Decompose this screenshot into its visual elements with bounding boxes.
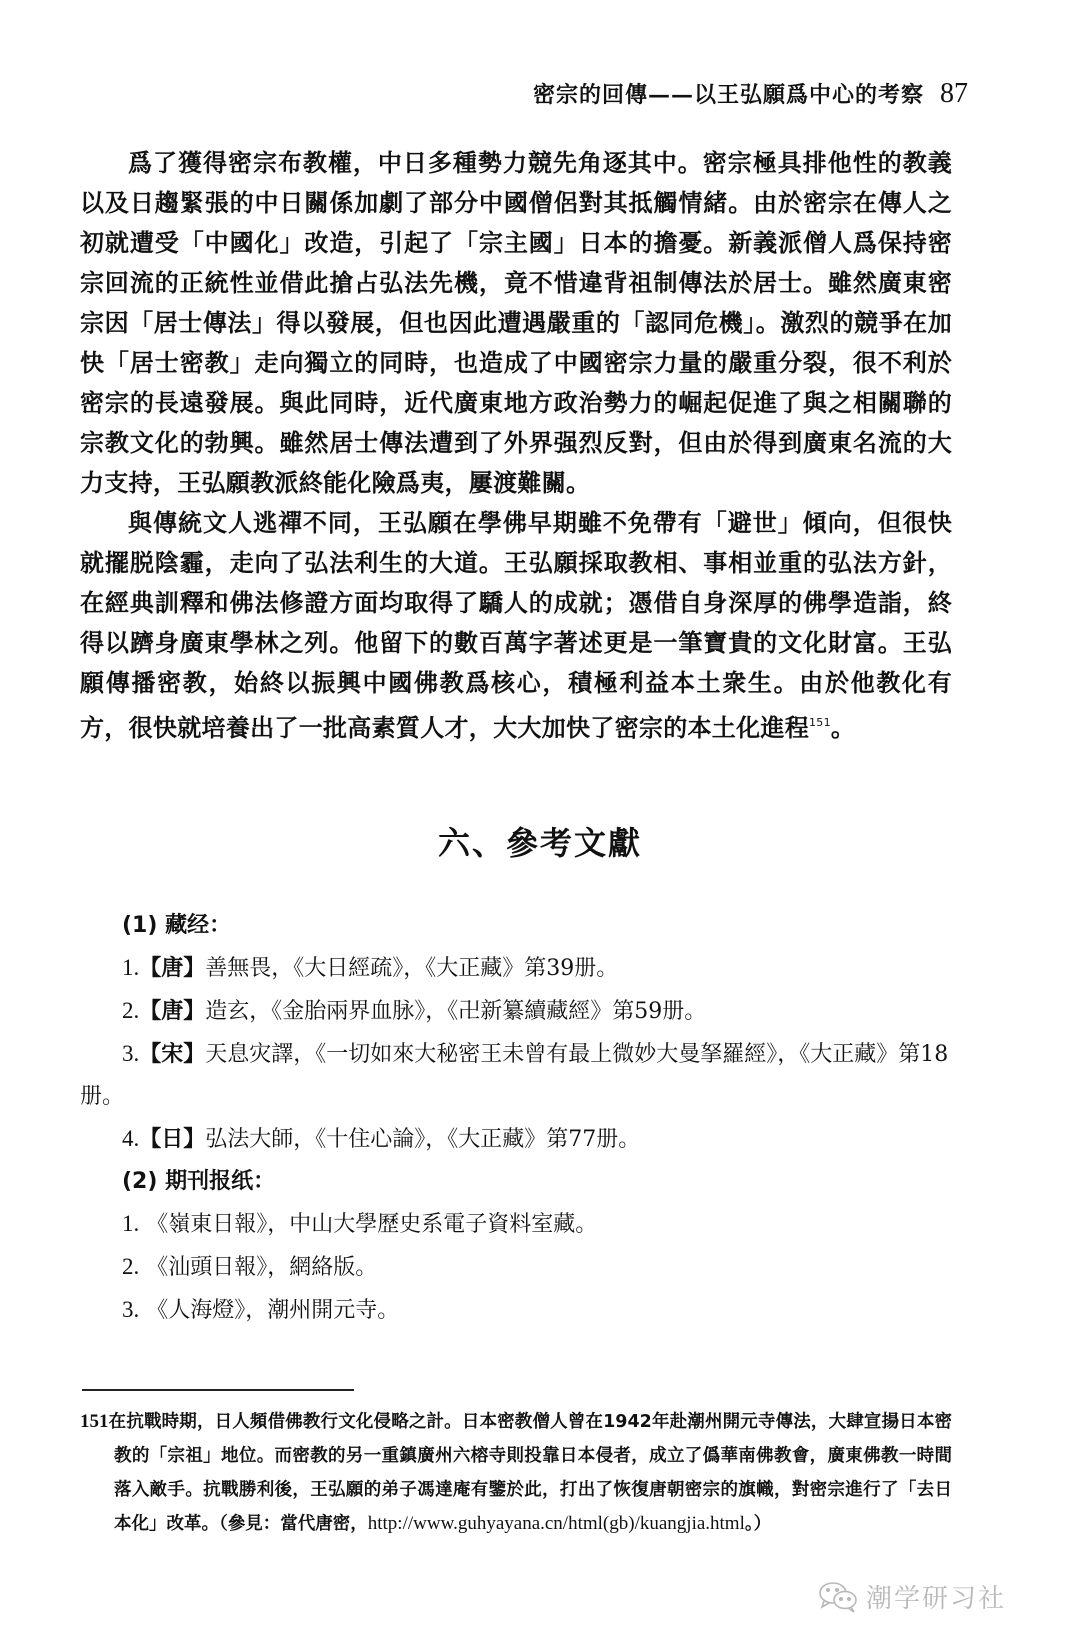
footnote-body: 151在抗戰時期，日人頻借佛教行文化侵略之計。日本密教僧人曾在1942年赴潮州開…: [80, 1405, 952, 1541]
reference-item: 1.【唐】善無畏，《大日經疏》，《大正藏》第39册。: [80, 947, 952, 990]
document-page: 密宗的回傳——以王弘願爲中心的考察87 爲了獲得密宗布教權，中日多種勢力競先角逐…: [0, 0, 1080, 1632]
reference-item: 1. 《嶺東日報》，中山大學歷史系電子資料室藏。: [80, 1203, 952, 1246]
footnote-url[interactable]: http://www.guhyayana.cn/html(gb)/kuangji…: [368, 1513, 745, 1534]
running-title: 密宗的回傳——以王弘願爲中心的考察: [533, 82, 924, 108]
paragraph-2: 與傳統文人逃禪不同，王弘願在學佛早期雖不免帶有「避世」傾向，但很快就擺脱陰霾，走…: [80, 503, 952, 748]
footnote-reference[interactable]: 151: [809, 716, 831, 729]
reference-item: 4.【日】弘法大師，《十住心論》，《大正藏》第77册。: [80, 1118, 952, 1161]
page-number: 87: [940, 78, 968, 109]
footnote-number: 151: [80, 1411, 109, 1432]
reference-group-heading: (2) 期刊报纸：: [80, 1161, 952, 1203]
reference-group-heading: (1) 藏经：: [80, 905, 952, 947]
reference-list: (1) 藏经： 1.【唐】善無畏，《大日經疏》，《大正藏》第39册。 2.【唐】…: [80, 905, 952, 1332]
running-header: 密宗的回傳——以王弘願爲中心的考察87: [533, 78, 968, 110]
paragraph-1: 爲了獲得密宗布教權，中日多種勢力競先角逐其中。密宗極具排他性的教義以及日趨緊張的…: [80, 143, 952, 503]
body-text: 爲了獲得密宗布教權，中日多種勢力競先角逐其中。密宗極具排他性的教義以及日趨緊張的…: [80, 143, 952, 748]
watermark-text: 潮学研习社: [866, 1578, 1006, 1615]
watermark: 潮学研习社: [818, 1578, 1006, 1615]
reference-item: 3. 《人海燈》，潮州開元寺。: [80, 1289, 952, 1332]
paragraph-2-end: 。: [831, 714, 855, 742]
wechat-icon: [818, 1580, 858, 1614]
reference-item: 2. 《汕頭日報》，網絡版。: [80, 1246, 952, 1289]
paragraph-2-text: 與傳統文人逃禪不同，王弘願在學佛早期雖不免帶有「避世」傾向，但很快就擺脱陰霾，走…: [80, 509, 952, 742]
footnote-divider: [82, 1389, 354, 1391]
footnote: 151在抗戰時期，日人頻借佛教行文化侵略之計。日本密教僧人曾在1942年赴潮州開…: [80, 1405, 952, 1541]
reference-item: 2.【唐】造玄，《金胎兩界血脉》，《卍新纂續藏經》第59册。: [80, 990, 952, 1033]
reference-item: 3.【宋】天息灾譯，《一切如來大秘密王未曾有最上微妙大曼拏羅經》，《大正藏》第1…: [80, 1033, 952, 1118]
section-title: 六、參考文獻: [0, 818, 1080, 864]
footnote-tail: 。）: [745, 1514, 771, 1534]
